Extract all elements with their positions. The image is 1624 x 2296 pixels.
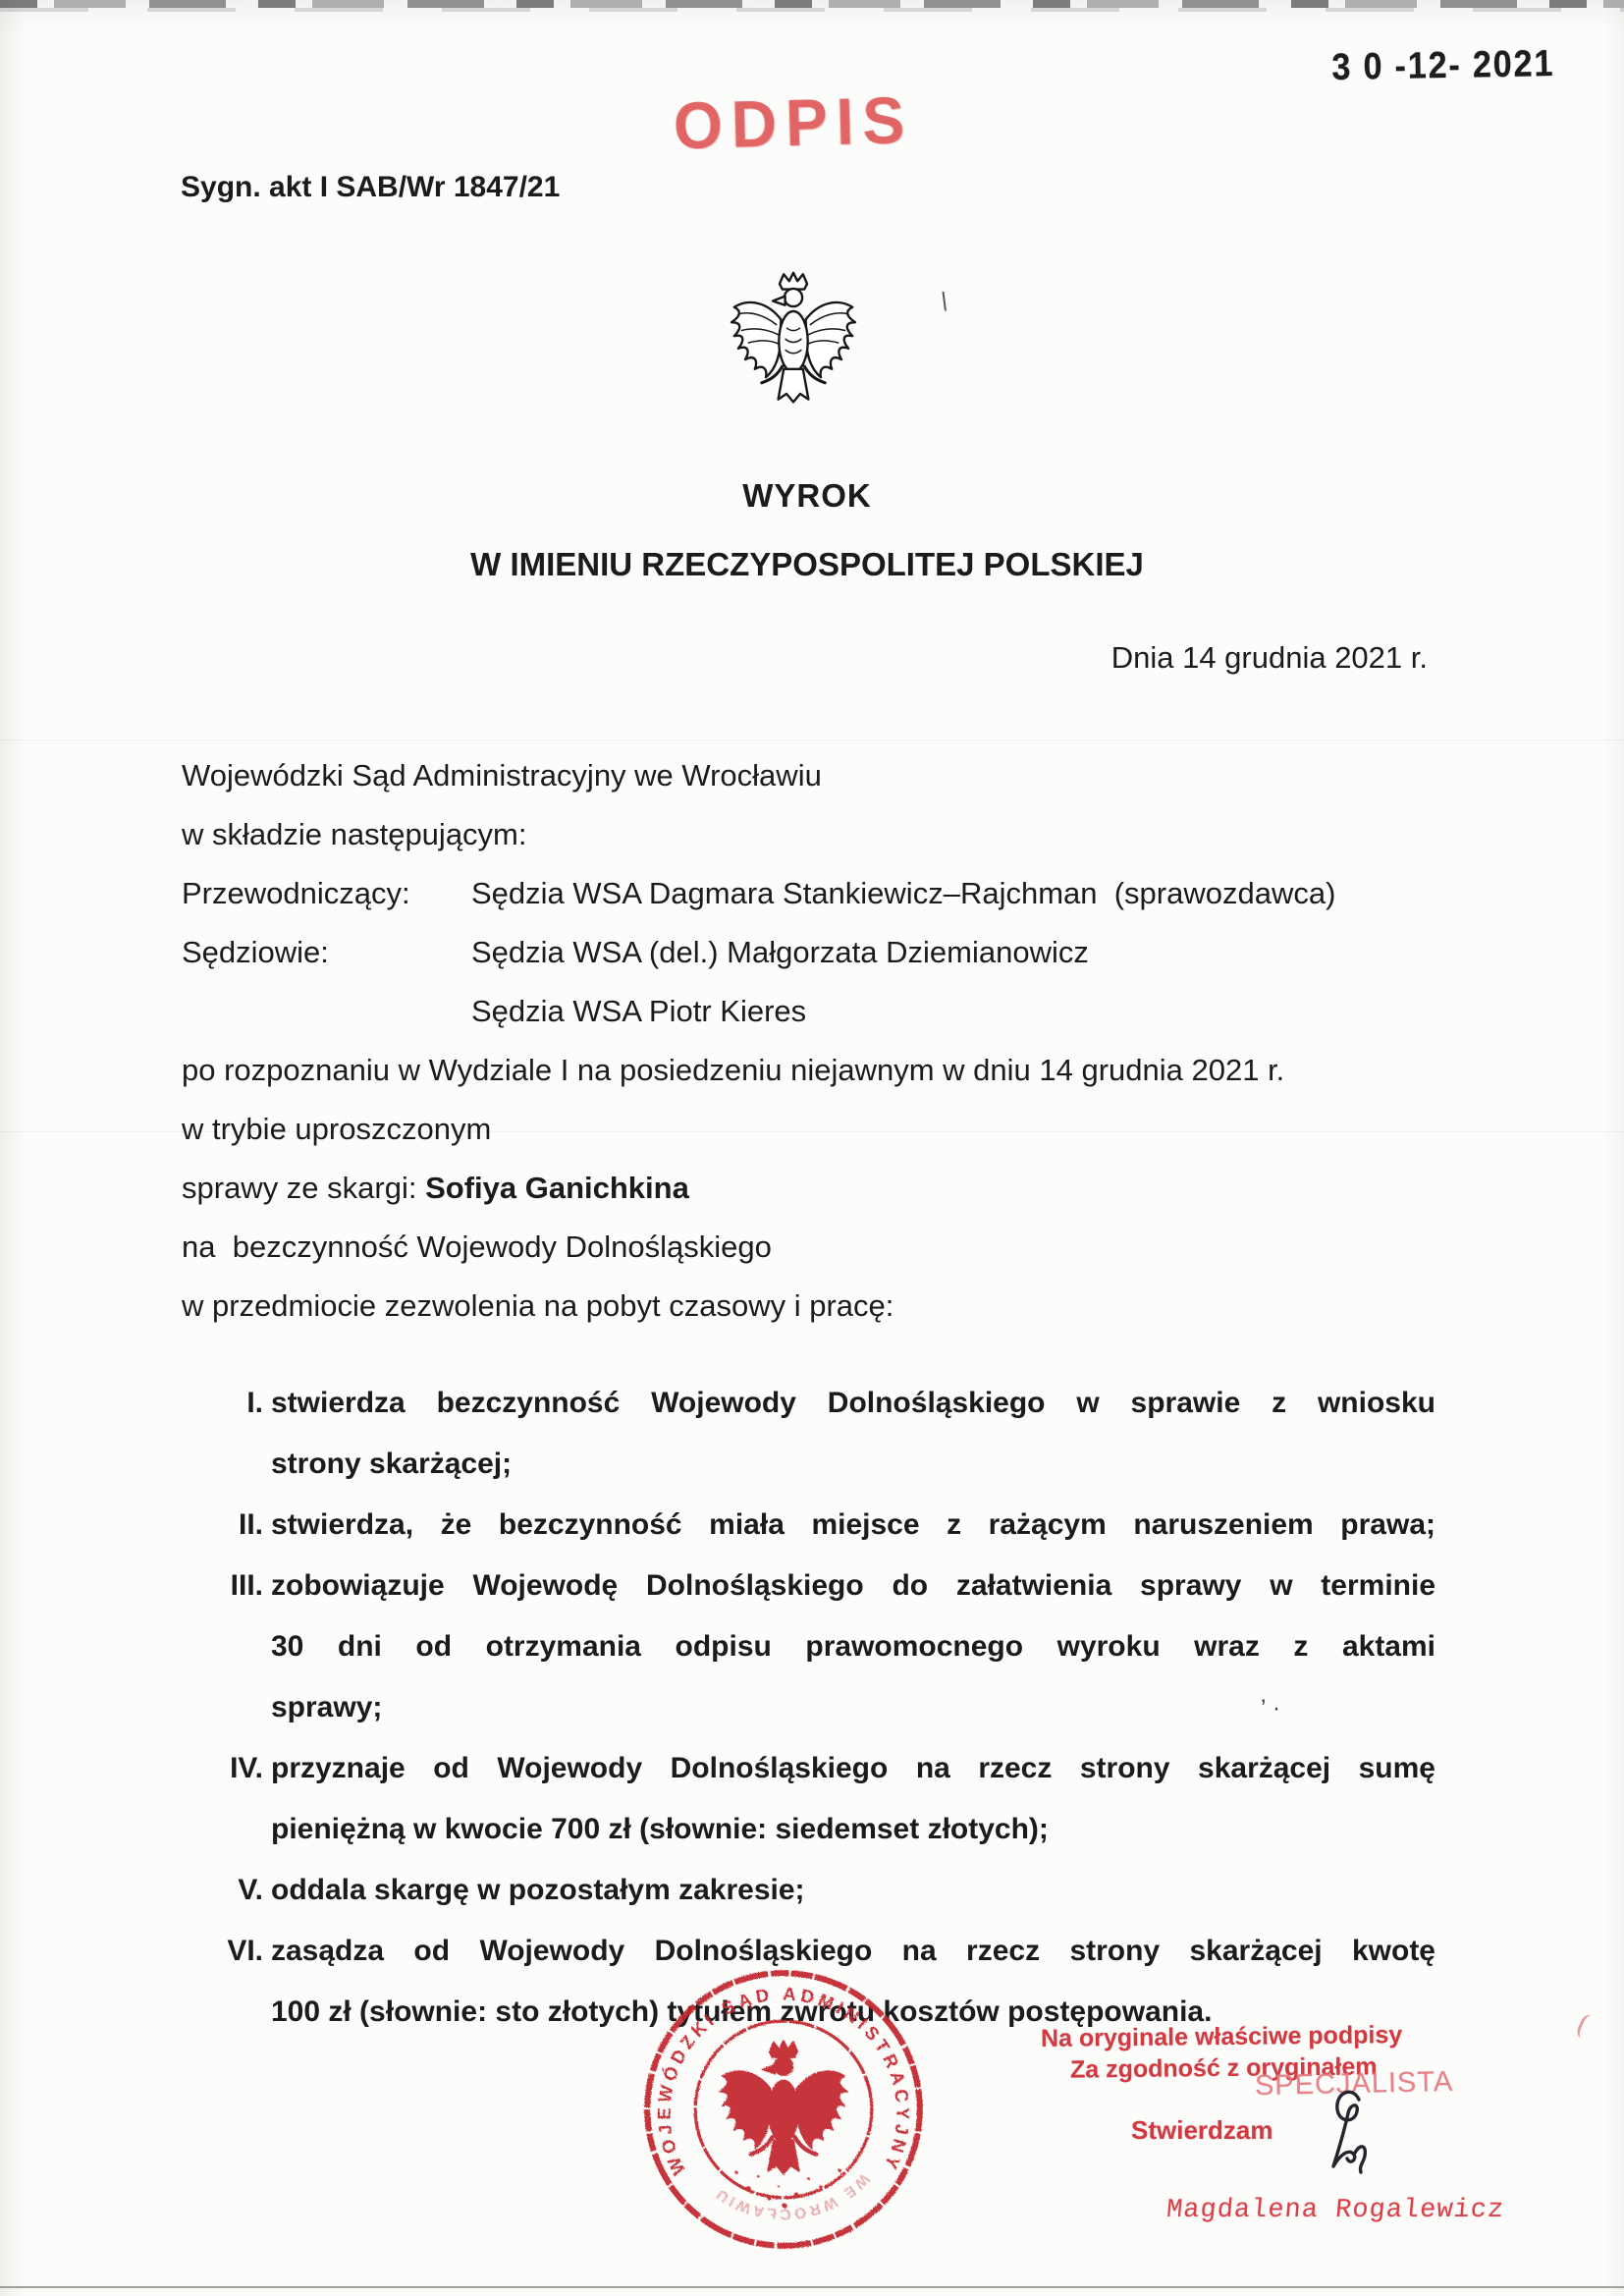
ruling-text: stwierdza, że bezczynność miała miejsce …	[271, 1495, 1435, 1556]
ruling-number: II.	[204, 1495, 271, 1556]
claimant-name: Sofiya Ganichkina	[425, 1171, 689, 1205]
seal-eagle-icon	[720, 2041, 847, 2174]
scan-edge-artifact	[0, 0, 1624, 8]
panel-judge: Sędzia WSA Piotr Kieres	[471, 982, 1453, 1041]
ruling-item-5: V. oddala skargę w pozostałym zakresie;	[204, 1860, 1435, 1921]
ruling-item-4: IV. przyznaje od Wojewody Dolnośląskiego…	[204, 1738, 1435, 1860]
court-name: Wojewódzki Sąd Administracyjny we Wrocła…	[182, 746, 1453, 805]
received-date-stamp: 3 0 -12- 2021	[1331, 43, 1555, 89]
scan-mark-red	[1575, 2012, 1602, 2043]
ruling-number: III.	[204, 1556, 271, 1738]
polish-eagle-emblem-icon	[725, 261, 862, 430]
ruling-text: strony skarżącej;	[271, 1434, 1435, 1495]
complaint-prefix: sprawy ze skargi:	[182, 1171, 425, 1205]
judgment-title: WYROK	[0, 477, 1614, 515]
ruling-text: przyznaje od Wojewody Dolnośląskiego na …	[271, 1738, 1435, 1799]
subject-line: w przedmiocie zezwolenia na pobyt czasow…	[182, 1277, 1453, 1336]
panel-judge: Sędzia WSA (del.) Małgorzata Dziemianowi…	[471, 923, 1453, 982]
certify-word-stamp: Stwierdzam	[1131, 2115, 1273, 2146]
ruling-text: oddala skargę w pozostałym zakresie;	[271, 1860, 1435, 1921]
panel-row: Sędzia WSA Piotr Kieres	[182, 982, 1453, 1041]
hearing-line: po rozpoznaniu w Wydziale I na posiedzen…	[182, 1041, 1453, 1100]
court-seal-stamp: WOJEWÓDZKI SĄD ADMINISTRACYJNY WE WROCŁA…	[638, 1964, 929, 2255]
ruling-number: VI.	[204, 1921, 271, 2043]
panel-role: Sędziowie:	[182, 923, 471, 982]
panel-role: Przewodniczący:	[182, 864, 471, 923]
scan-bottom-edge	[0, 2286, 1624, 2288]
signer-name-stamp: Magdalena Rogalewicz	[1165, 2196, 1506, 2225]
odpis-copy-stamp: ODPIS	[673, 82, 914, 164]
ruling-number: V.	[204, 1860, 271, 1921]
panel-row: Sędziowie: Sędzia WSA (del.) Małgorzata …	[182, 923, 1453, 982]
complaint-line: sprawy ze skargi: Sofiya Ganichkina	[182, 1159, 1453, 1218]
court-judgment-scan: ODPIS 3 0 -12- 2021 Sygn. akt I SAB/Wr 1…	[0, 0, 1624, 2296]
rulings-list: I. stwierdza bezczynność Wojewody Dolnoś…	[204, 1373, 1435, 2043]
panel-row: Przewodniczący: Sędzia WSA Dagmara Stank…	[182, 864, 1453, 923]
scan-edge-artifact-2	[0, 8, 1624, 12]
ruling-text: zobowiązuje Wojewodę Dolnośląskiego do z…	[271, 1556, 1435, 1616]
ruling-item-2: II. stwierdza, że bezczynność miała miej…	[204, 1495, 1435, 1556]
ruling-number: IV.	[204, 1738, 271, 1860]
ruling-item-3: III. zobowiązuje Wojewodę Dolnośląskiego…	[204, 1556, 1435, 1738]
scan-mark: ’ ·	[1261, 1695, 1280, 1722]
mode-line: w trybie uproszczonym	[182, 1100, 1453, 1159]
case-number: Sygn. akt I SAB/Wr 1847/21	[181, 171, 560, 204]
panel-role	[182, 982, 471, 1041]
ruling-text: pieniężną w kwocie 700 zł (słownie: sied…	[271, 1799, 1435, 1860]
ruling-text: stwierdza bezczynność Wojewody Dolnośląs…	[271, 1373, 1435, 1434]
fold-crease	[0, 739, 1624, 740]
ruling-number: I.	[204, 1373, 271, 1495]
panel-judge: Sędzia WSA Dagmara Stankiewicz–Rajchman …	[471, 864, 1453, 923]
court-composition-block: Wojewódzki Sąd Administracyjny we Wrocła…	[182, 746, 1453, 1336]
defendant-line: na bezczynność Wojewody Dolnośląskiego	[182, 1218, 1453, 1277]
judgment-date: Dnia 14 grudnia 2021 r.	[1111, 640, 1428, 676]
authenticity-stamp-line: Na oryginale właściwe podpisy	[1041, 2021, 1402, 2053]
handwritten-signature	[1320, 2084, 1390, 2190]
ruling-item-1: I. stwierdza bezczynność Wojewody Dolnoś…	[204, 1373, 1435, 1495]
scan-mark: \	[939, 287, 949, 318]
judgment-subtitle: W IMIENIU RZECZYPOSPOLITEJ POLSKIEJ	[0, 546, 1614, 583]
ruling-text: 30 dni od otrzymania odpisu prawomocnego…	[271, 1616, 1435, 1677]
composition-intro: w składzie następującym:	[182, 805, 1453, 864]
